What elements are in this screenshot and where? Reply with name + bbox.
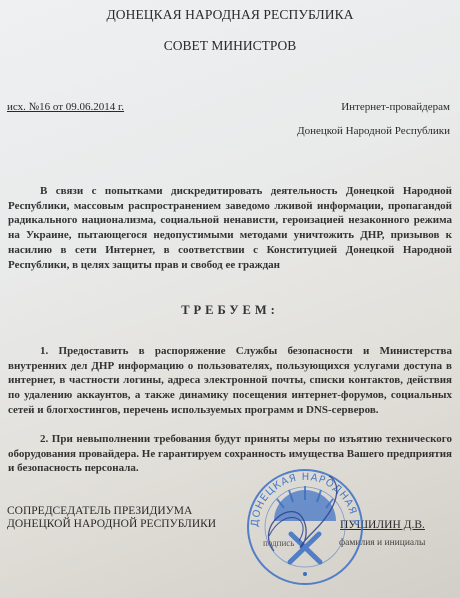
preamble-text: В связи с попытками дискредитировать дея…	[8, 185, 452, 271]
reference-number: исх. №16 от 09.06.2014 г.	[7, 101, 124, 113]
demand-text-2: 2. При невыполнении требования будут при…	[8, 433, 452, 474]
addressee-line-1: Интернет-провайдерам	[341, 101, 450, 113]
preamble-paragraph: В связи с попытками дискредитировать дея…	[8, 184, 452, 272]
demand-item-1: 1. Предоставить в распоряжение Службы бе…	[8, 344, 452, 418]
addressee-line-2: Донецкой Народной Республики	[297, 125, 450, 137]
demand-item-2: 2. При невыполнении требования будут при…	[8, 432, 452, 476]
document-title: ДОНЕЦКАЯ НАРОДНАЯ РЕСПУБЛИКА	[0, 7, 460, 23]
demand-heading: ТРЕБУЕМ:	[0, 303, 460, 318]
signatory-position-line-2: ДОНЕЦКОЙ НАРОДНОЙ РЕСПУБЛИКИ	[7, 518, 216, 530]
demand-text-1: 1. Предоставить в распоряжение Службы бе…	[8, 345, 452, 416]
official-stamp-icon: ДОНЕЦКАЯ НАРОДНАЯ РЕСПУБЛИКА	[244, 466, 366, 588]
signatory-position-line-1: СОПРЕДСЕДАТЕЛЬ ПРЕЗИДИУМА	[7, 505, 192, 517]
document-subtitle: СОВЕТ МИНИСТРОВ	[0, 38, 460, 54]
